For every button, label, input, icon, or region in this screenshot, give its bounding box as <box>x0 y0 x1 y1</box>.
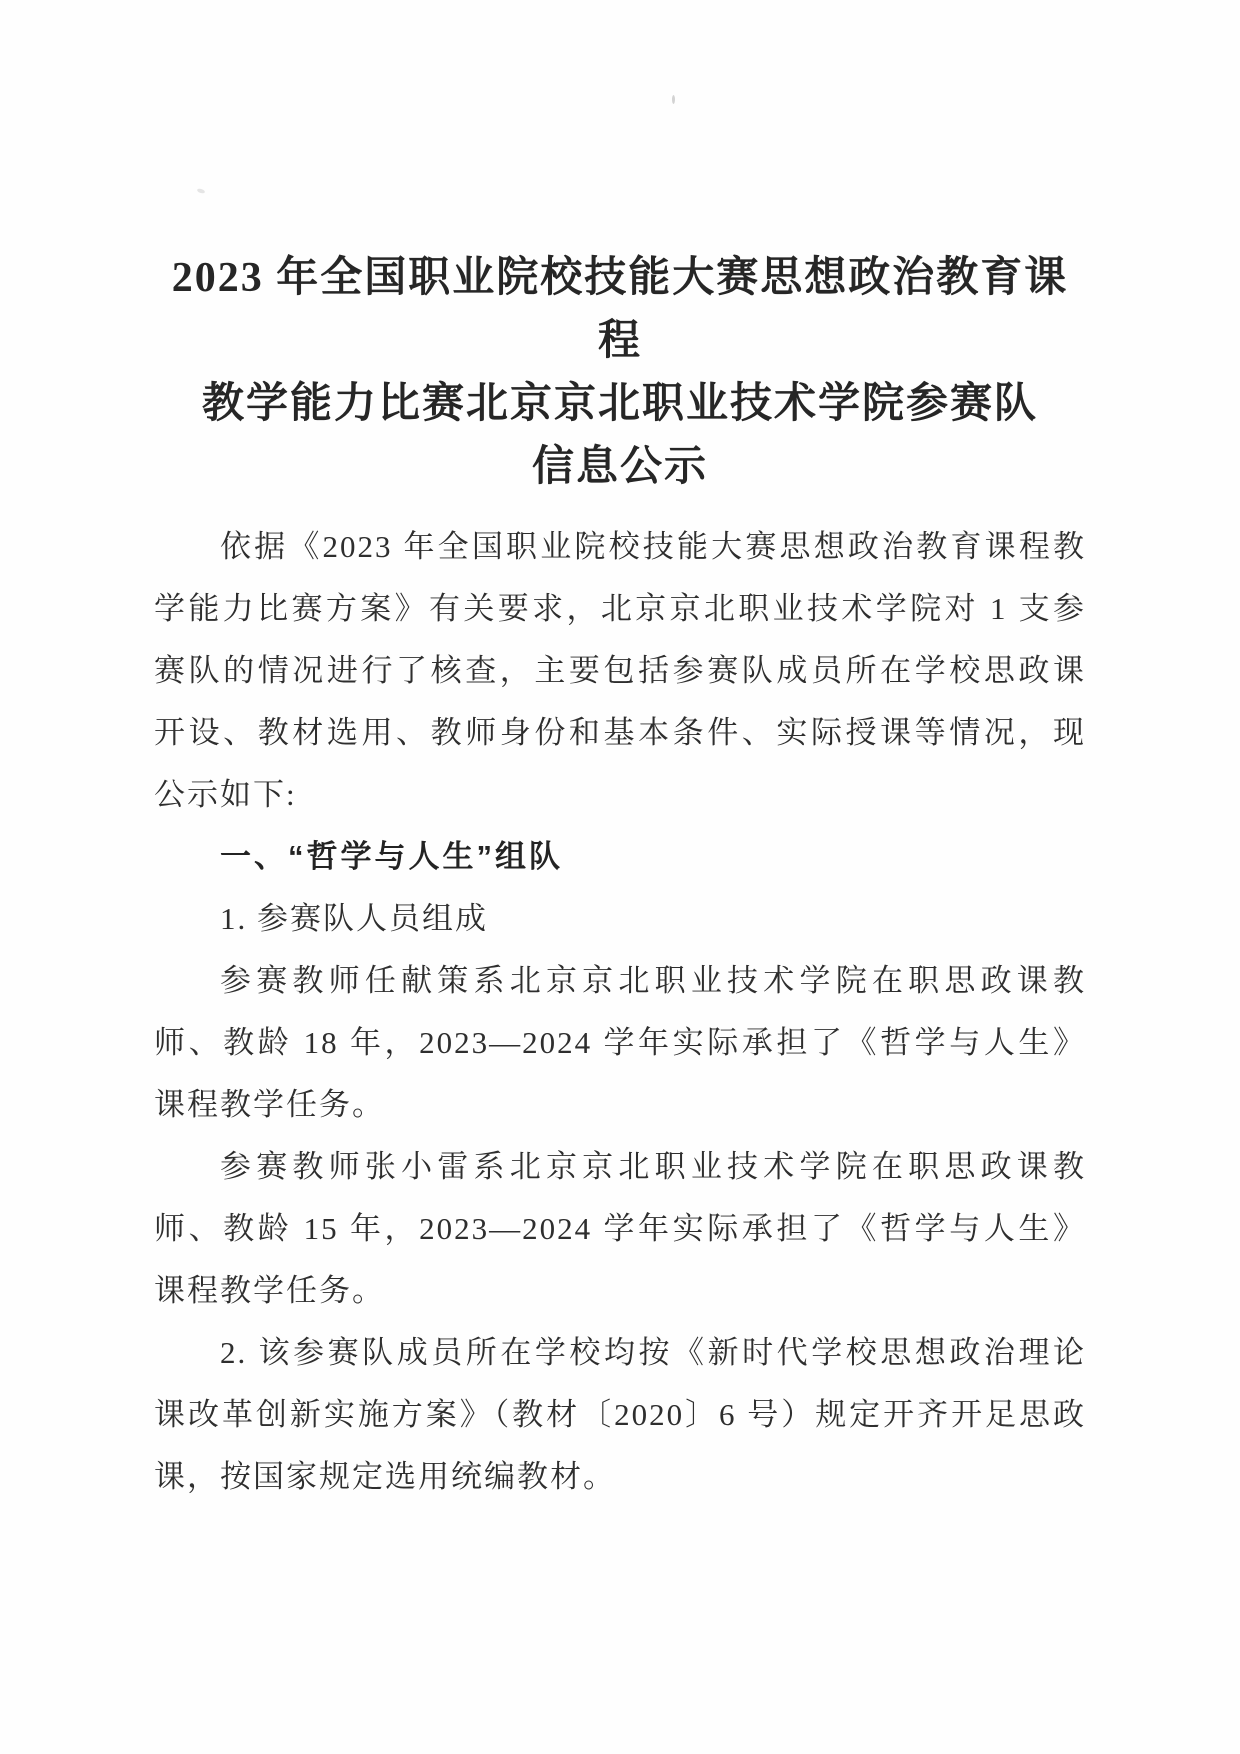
text-line: 课程教学任务。 <box>154 1260 1086 1322</box>
scanned-document-page: 2023 年全国职业院校技能大赛思想政治教育课程 教学能力比赛北京京北职业技术学… <box>0 0 1240 1754</box>
text-line: 师、教龄 15 年，2023—2024 学年实际承担了《哲学与人生》 <box>154 1198 1086 1260</box>
text-line: 学能力比赛方案》有关要求，北京京北职业技术学院对 1 支参 <box>154 578 1086 640</box>
section-heading-philosophy-and-life-team: 一、“哲学与人生”组队 <box>154 826 1086 888</box>
text-line: 参赛教师张小雷系北京京北职业技术学院在职思政课教 <box>154 1136 1086 1198</box>
text-line: 课改革创新实施方案》（教材〔2020〕6 号）规定开齐开足思政 <box>154 1384 1086 1446</box>
paragraph-item-2-school-compliance: 2. 该参赛队成员所在学校均按《新时代学校思想政治理论 课改革创新实施方案》（教… <box>154 1322 1086 1508</box>
text-line: 开设、教材选用、教师身份和基本条件、实际授课等情况，现 <box>154 702 1086 764</box>
document-title: 2023 年全国职业院校技能大赛思想政治教育课程 教学能力比赛北京京北职业技术学… <box>154 247 1086 499</box>
text-line: 1. 参赛队人员组成 <box>154 888 1086 950</box>
paragraph-item-1-team-members: 1. 参赛队人员组成 <box>154 888 1086 950</box>
text-line: 公示如下: <box>154 764 1086 826</box>
scan-speck-artifact <box>197 188 206 194</box>
title-line-1: 2023 年全国职业院校技能大赛思想政治教育课程 <box>154 247 1086 373</box>
text-line: 赛队的情况进行了核查，主要包括参赛队成员所在学校思政课 <box>154 640 1086 702</box>
paragraph-teacher-zhang-xiaolei: 参赛教师张小雷系北京京北职业技术学院在职思政课教 师、教龄 15 年，2023—… <box>154 1136 1086 1322</box>
text-line: 依据《2023 年全国职业院校技能大赛思想政治教育课程教 <box>154 516 1086 578</box>
paragraph-intro: 依据《2023 年全国职业院校技能大赛思想政治教育课程教 学能力比赛方案》有关要… <box>154 516 1086 826</box>
text-line: 师、教龄 18 年，2023—2024 学年实际承担了《哲学与人生》 <box>154 1012 1086 1074</box>
title-line-3: 信息公示 <box>154 436 1086 499</box>
document-body: 依据《2023 年全国职业院校技能大赛思想政治教育课程教 学能力比赛方案》有关要… <box>154 516 1086 1508</box>
title-line-2: 教学能力比赛北京京北职业技术学院参赛队 <box>154 373 1086 436</box>
heading-line: 一、“哲学与人生”组队 <box>154 826 1086 888</box>
text-line: 课程教学任务。 <box>154 1074 1086 1136</box>
paragraph-teacher-ren-xiance: 参赛教师任献策系北京京北职业技术学院在职思政课教 师、教龄 18 年，2023—… <box>154 950 1086 1136</box>
scan-speck-artifact <box>672 95 675 104</box>
text-line: 2. 该参赛队成员所在学校均按《新时代学校思想政治理论 <box>154 1322 1086 1384</box>
text-line: 课，按国家规定选用统编教材。 <box>154 1446 1086 1508</box>
text-line: 参赛教师任献策系北京京北职业技术学院在职思政课教 <box>154 950 1086 1012</box>
